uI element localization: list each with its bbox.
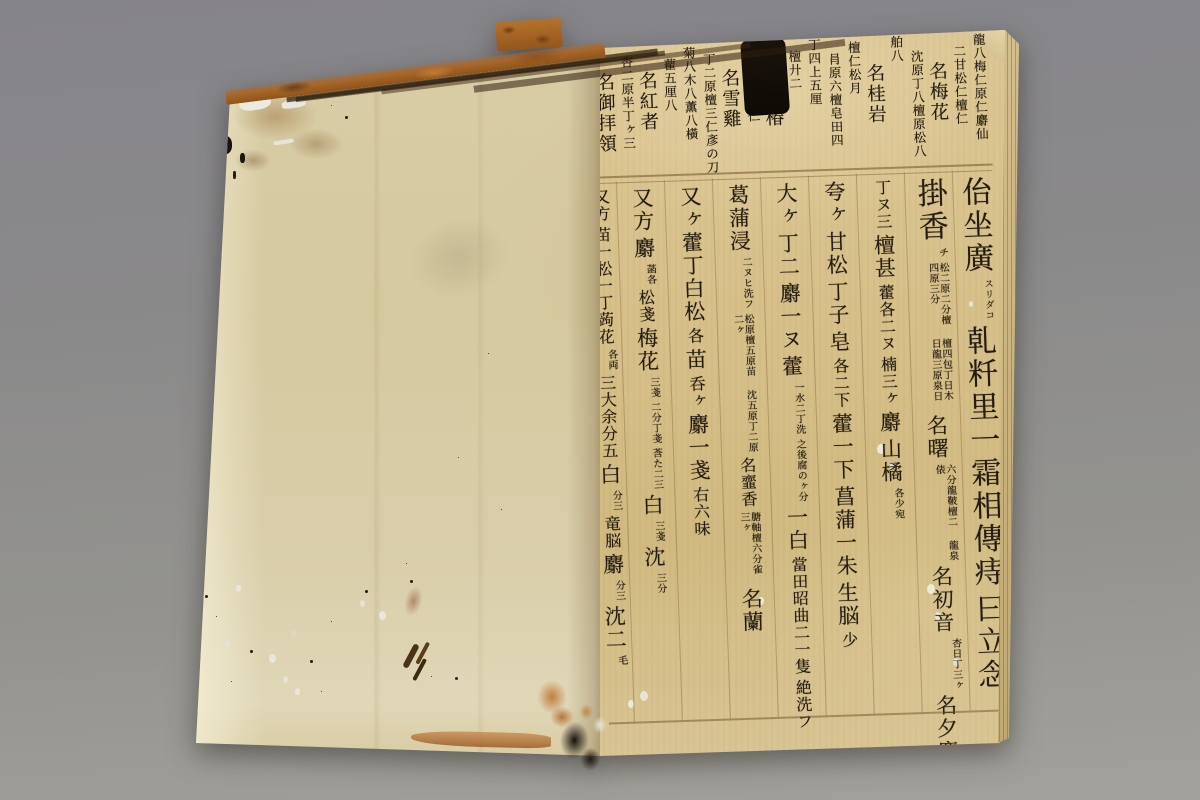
vertical-text: 大ヶ丁二麝一ヌ藿一水二丁洗之後腐のヶ分一白當田昭曲二一隻絶洗フ	[773, 176, 813, 716]
column-segment: 名夕麝	[933, 694, 957, 764]
column-segment: 檀四包丁日木日龍三原泉日	[928, 338, 951, 411]
column-segment: 麝一戔	[685, 413, 709, 483]
column-segment: 當田昭曲二一隻	[789, 555, 810, 674]
column-segment: 檀甚	[871, 234, 894, 281]
column-segment: 少	[840, 631, 857, 649]
column-segment: 竜脳	[602, 515, 620, 550]
column-segment: 龍泉	[946, 539, 957, 560]
column-segment: 藿各二ヌ	[876, 284, 895, 353]
header-note: 二甘松仁檀仁	[947, 44, 969, 163]
column-segment: 梅花	[634, 327, 657, 374]
vertical-text: 丁ヌ三檀甚藿各二ヌ楠三ヶ麝山橘各少宛	[869, 173, 909, 713]
header-note: 菊八木八薫八橫	[676, 46, 698, 172]
column-segment: 丁二	[775, 232, 798, 279]
column-segment: 分三	[610, 490, 621, 511]
dark-y-shaped-stain	[402, 643, 420, 669]
repair-paper-patch	[495, 18, 563, 52]
column-segment: 丁子	[825, 280, 848, 327]
column-segment: 一白	[784, 505, 807, 552]
torn-corner-dark-spot	[219, 136, 232, 154]
header-note: 龍八梅仁原仁麝仙	[966, 33, 988, 163]
column-segment: 沈二	[602, 605, 625, 652]
column-segment: 又ヶ藿丁白松	[678, 185, 704, 324]
column-segment: 生脳	[835, 581, 858, 628]
column-segment: 丁ヌ三	[873, 179, 891, 231]
column-segment: 松原檀五原苗二ヶ	[731, 313, 754, 386]
column-segment: 白	[597, 463, 620, 487]
column-segment: 甘松	[823, 230, 846, 277]
paper-damage-flecks	[195, 18, 201, 26]
header-note: 名紅者	[634, 71, 658, 174]
header-note: 名梅花	[924, 61, 948, 164]
column-segment: 掛香	[913, 177, 946, 244]
column-segment: 名曙	[924, 414, 947, 461]
column-segment: 二ヌヒ洗フ	[739, 257, 751, 310]
vertical-text: 葛蒲浸二ヌヒ洗フ松原檀五原苗二ヶ沈五原丁二原名韲香膅軸檀六分雀三ヶ名蘭	[726, 178, 766, 718]
column-segment: 右六味	[691, 486, 709, 538]
column-segment: 三戔	[652, 521, 663, 542]
column-segment: 山橘	[878, 438, 901, 485]
dark-speckle-spots	[195, 18, 198, 21]
column-segment: 六分龍鞁檀二俵	[933, 463, 956, 536]
column-segment: 名蘭	[739, 587, 762, 634]
column-segment: スリダコ	[982, 279, 993, 321]
gutter-bottom-damage	[543, 692, 625, 777]
black-ink-blot	[740, 38, 790, 117]
column-segment: 菡各	[644, 264, 655, 285]
column-segment: 楠三ヶ	[879, 356, 897, 408]
text-columns: 佁坐廣スリダコ乹粁里一霜相傳痔曰立念掛香チ松二原二分檀四原三分檀四包丁日木日龍三…	[593, 169, 1011, 722]
bottom-edge-wear-orange	[411, 730, 551, 748]
column-segment: 分三	[613, 580, 624, 601]
column-segment: 二分丁戔	[648, 402, 660, 444]
header-note: 丁四上五厘	[801, 38, 823, 168]
column-segment: 絶洗フ	[793, 678, 811, 730]
column-segment: 皂	[827, 330, 850, 354]
header-note: 沈原丁八檀原松八	[904, 50, 926, 165]
header-note: 名桂岩	[862, 63, 886, 166]
column-segment: 名韲香	[738, 456, 756, 508]
header-note: 名雪雞	[717, 68, 741, 171]
column-segment: 名初音	[929, 565, 953, 635]
column-segment: 藿	[779, 355, 802, 379]
column-segment: 葛蒲浸	[726, 184, 750, 254]
header-note: 藋五厘八	[657, 58, 679, 173]
column-segment: 佁坐廣	[957, 176, 991, 276]
column-segment: 麝	[877, 411, 900, 435]
column-segment: 各二下	[831, 357, 849, 409]
column-segment: 菖蒲一朱	[832, 485, 857, 578]
header-note: 檀仁松月	[841, 41, 863, 167]
faint-smudge-stain	[399, 204, 518, 309]
column-segment: 各	[686, 327, 703, 345]
handwritten-content: 龍八梅仁原仁麝仙二甘松仁檀仁名梅花沈原丁八檀原松八舶八名桂岩檀仁松月肙原六檀皂田…	[588, 24, 1012, 763]
column-segment: 各両	[605, 349, 616, 370]
column-segment: 麝	[600, 553, 623, 577]
header-note: 杏二原半丁ヶ三	[614, 55, 636, 174]
white-wormhole-spots	[195, 18, 200, 25]
column-segment: 三大余分五	[598, 374, 617, 460]
column-segment: 松二原二分檀四原三分	[926, 262, 949, 335]
header-note: 丁二原檀三仁彥の刀	[696, 53, 718, 172]
column-segment: 大ヶ	[774, 182, 797, 229]
photo-background: 龍八梅仁原仁麝仙二甘松仁檀仁名梅花沈原丁八檀原松八舶八名桂岩檀仁松月肙原六檀皂田…	[0, 0, 1200, 800]
column-segment: 藿一下	[829, 412, 853, 482]
vertical-text: 又方麝菡各松戔梅花三戔二分丁戔莟た二三白三戔沈三分	[630, 181, 670, 721]
column-segment: 三戔	[647, 377, 658, 398]
open-manuscript-book: 龍八梅仁原仁麝仙二甘松仁檀仁名梅花沈原丁八檀原松八舶八名桂岩檀仁松月肙原六檀皂田…	[195, 18, 1023, 763]
column-segment: 莟た二三	[650, 448, 662, 490]
header-note: 肙原六檀皂田四	[821, 53, 843, 168]
column-segment: チ	[936, 247, 947, 258]
column-segment: 沈五原丁二原	[744, 389, 757, 452]
brown-stain	[402, 584, 426, 617]
column-segment: 乹粁里一霜相傳痔	[962, 325, 1002, 590]
column-segment: 之後腐のヶ分	[794, 438, 807, 501]
column-segment: 各少宛	[891, 488, 903, 520]
column-segment: 膅軸檀六分雀三ヶ	[737, 511, 760, 584]
column-segment: 杏日丁三ヶ	[949, 637, 961, 690]
vertical-text: 夸ヶ甘松丁子皂各二下藿一下菖蒲一朱生脳少	[821, 174, 861, 714]
column-segment: 三分	[654, 573, 665, 594]
column-segment: 夸ヶ	[822, 180, 845, 227]
column-segment: 又方	[630, 187, 653, 234]
column-segment: 呑ヶ	[687, 375, 705, 410]
column-segment: 白	[640, 494, 663, 518]
column-segment: 沈	[642, 546, 665, 570]
column-segment: 麝一ヌ	[777, 282, 801, 352]
column-segment: 一水二丁洗	[792, 382, 804, 435]
column-segment: 松戔	[636, 289, 654, 324]
vertical-text: 又ヶ藿丁白松各苗呑ヶ麝一戔右六味	[678, 179, 718, 719]
column-segment: 毛	[615, 655, 626, 666]
column-segment: 苗	[683, 348, 706, 372]
header-note: 舶八	[884, 35, 906, 165]
column-segment: 麝	[631, 237, 654, 261]
